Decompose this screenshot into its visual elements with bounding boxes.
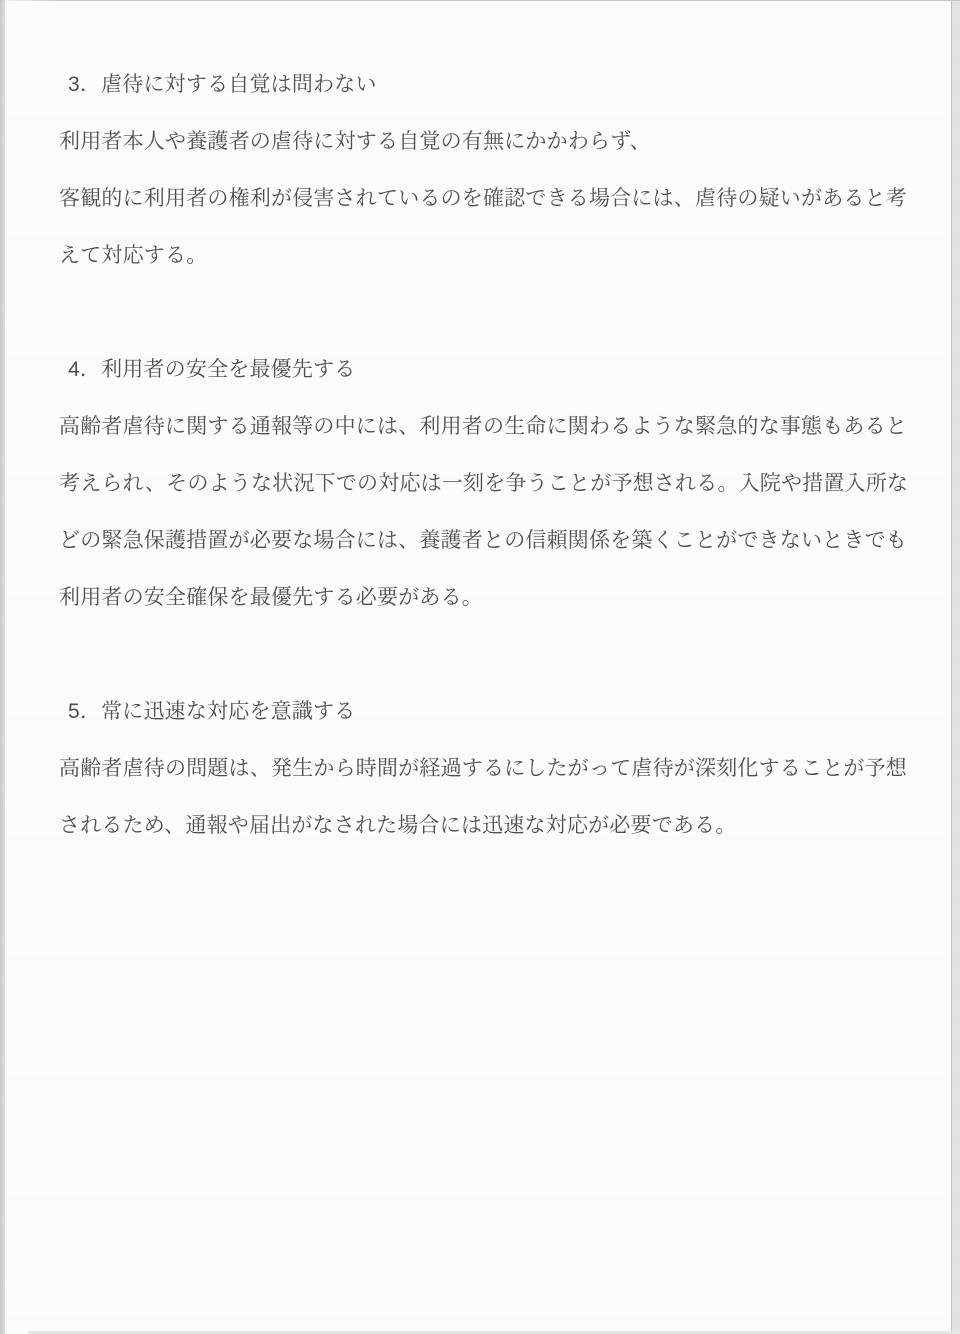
text-line: どの緊急保護措置が必要な場合には、養護者との信頼関係を築くことができないときでも (59, 512, 910, 569)
page-right-edge (951, 0, 960, 1334)
page-left-edge (0, 0, 5, 1334)
page-top-edge (0, 0, 960, 1)
document-content: 3．虐待に対する自覚は問わない 利用者本人や養護者の虐待に対する自覚の有無にかか… (59, 56, 910, 854)
text-line: えて対応する。 (59, 227, 910, 284)
text-line: 利用者の安全確保を最優先する必要がある。 (59, 569, 910, 626)
text-line: 高齢者虐待に関する通報等の中には、利用者の生命に関わるような緊急的な事態もあると (59, 398, 910, 455)
section-4: 4．利用者の安全を最優先する 高齢者虐待に関する通報等の中には、利用者の生命に関… (59, 341, 910, 626)
text-line: 利用者本人や養護者の虐待に対する自覚の有無にかかわらず、 (59, 113, 910, 170)
section-3: 3．虐待に対する自覚は問わない 利用者本人や養護者の虐待に対する自覚の有無にかか… (59, 56, 910, 284)
text-line: 考えられ、そのような状況下での対応は一刻を争うことが予想される。入院や措置入所な (59, 455, 910, 512)
text-line: されるため、通報や届出がなされた場合には迅速な対応が必要である。 (59, 797, 910, 854)
text-line: 高齢者虐待の問題は、発生から時間が経過するにしたがって虐待が深刻化することが予想 (59, 740, 910, 797)
section-5: 5．常に迅速な対応を意識する 高齢者虐待の問題は、発生から時間が経過するにしたが… (59, 683, 910, 854)
text-line: 客観的に利用者の権利が侵害されているのを確認できる場合には、虐待の疑いがあると考 (59, 170, 910, 227)
section-5-heading: 5．常に迅速な対応を意識する (59, 683, 910, 740)
section-3-heading: 3．虐待に対する自覚は問わない (59, 56, 910, 113)
section-4-heading: 4．利用者の安全を最優先する (59, 341, 910, 398)
